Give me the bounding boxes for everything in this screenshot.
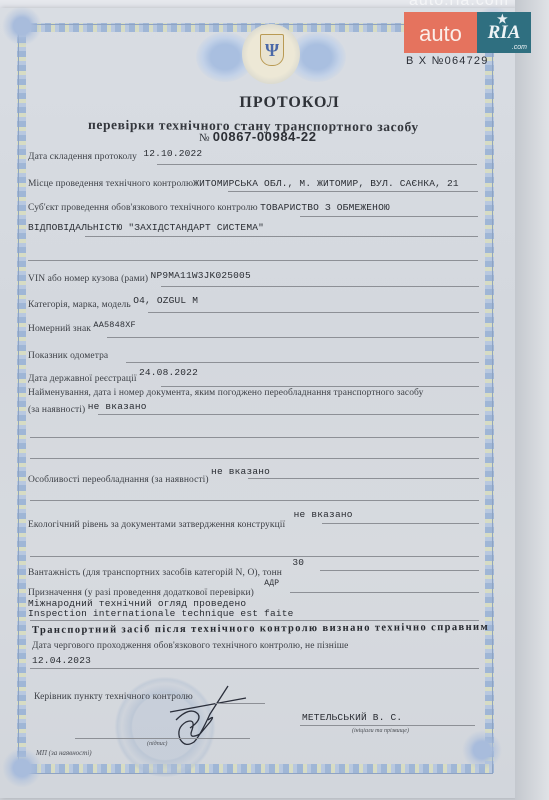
field-value: NP9MA11W3JK025005 bbox=[151, 270, 251, 281]
serial-prefix: В Х bbox=[406, 55, 427, 67]
field-next-inspection-value: 12.04.2023 bbox=[32, 655, 91, 666]
field-label: Показник одометра bbox=[28, 351, 108, 361]
field-value: Inspection internationale technique est … bbox=[28, 608, 294, 619]
underline bbox=[30, 556, 479, 557]
corner-ornament-icon bbox=[2, 6, 42, 46]
field-value: ТОВАРИСТВО З ОБМЕЖЕНОЮ bbox=[260, 202, 390, 213]
name-line bbox=[300, 725, 475, 726]
field-value: 12.04.2023 bbox=[32, 655, 91, 666]
field-label: Особливості переобладнання (за наявності… bbox=[28, 475, 209, 485]
underline bbox=[98, 414, 479, 415]
field-value: 24.08.2022 bbox=[139, 367, 198, 378]
field-protocol-date: Дата складення протоколу 12.10.2022 bbox=[28, 151, 202, 162]
field-modification-document: Найменування, дата і номер документа, як… bbox=[28, 388, 423, 398]
field-label: Екологічний рівень за документами затвер… bbox=[28, 520, 285, 530]
field-head-of-point: Керівник пункту технічного контролю bbox=[34, 692, 193, 702]
field-value: МЕТЕЛЬСЬКИЙ В. С. bbox=[302, 712, 402, 723]
underline bbox=[228, 191, 478, 192]
stamp-caption: МП (за наявності) bbox=[36, 749, 92, 757]
logo-ria-block: ★ RIA .com bbox=[477, 12, 531, 53]
underline bbox=[290, 592, 479, 593]
serial-number: В Х №064729 bbox=[406, 55, 489, 67]
field-label: VIN або номер кузова (рами) bbox=[28, 274, 148, 284]
trident-icon: Ψ bbox=[260, 34, 284, 66]
underline bbox=[30, 458, 479, 459]
underline bbox=[322, 523, 479, 524]
field-label: Суб'єкт проведення обов'язкового технічн… bbox=[28, 203, 258, 213]
autoria-logo: auto ★ RIA .com bbox=[404, 12, 531, 53]
field-value: ВІДПОВІДАЛЬНІСТЮ "ЗАХІДСТАНДАРТ СИСТЕМА" bbox=[28, 222, 264, 233]
field-odometer: Показник одометра bbox=[28, 350, 108, 361]
protocol-number: № 00867-00984-22 bbox=[199, 129, 317, 145]
underline bbox=[300, 216, 478, 217]
field-value: не вказано bbox=[211, 466, 270, 477]
name-caption: (ініціали та прізвище) bbox=[352, 728, 409, 734]
field-inspection-subject: Суб'єкт проведення обов'язкового технічн… bbox=[28, 202, 390, 213]
head-name: МЕТЕЛЬСЬКИЙ В. С. bbox=[302, 712, 402, 723]
underline bbox=[30, 500, 479, 501]
field-label: Вантажність (для транспортних засобів ка… bbox=[28, 568, 282, 578]
serial-number-sign: № bbox=[432, 55, 445, 67]
underline bbox=[148, 312, 479, 313]
field-label: Категорія, марка, модель bbox=[28, 300, 131, 310]
field-label: Дата складення протоколу bbox=[28, 152, 137, 162]
field-label: Призначення (у разі проведення додатково… bbox=[28, 588, 254, 598]
underline bbox=[107, 337, 479, 338]
field-value: 12.10.2022 bbox=[143, 148, 202, 159]
underline bbox=[215, 703, 265, 704]
coat-of-arms: Ψ bbox=[196, 22, 346, 94]
corner-ornament-icon bbox=[462, 730, 502, 770]
underline bbox=[30, 668, 479, 669]
field-registration-date: Дата державної реєстрації 24.08.2022 bbox=[28, 373, 198, 384]
field-next-inspection: Дата чергового проходження обов'язкового… bbox=[32, 641, 348, 651]
field-label: Дата чергового проходження обов'язкового… bbox=[32, 641, 348, 651]
underline bbox=[126, 362, 479, 363]
international-note-fr: Inspection internationale technique est … bbox=[28, 608, 294, 619]
field-value: AA5848XF bbox=[93, 320, 135, 330]
logo-domain-text: .com bbox=[512, 44, 527, 51]
star-icon: ★ bbox=[497, 12, 508, 27]
field-label: Дата державної реєстрації bbox=[28, 374, 137, 384]
field-purpose: Призначення (у разі проведення додатково… bbox=[28, 588, 271, 598]
field-label: Найменування, дата і номер документа, як… bbox=[28, 388, 423, 398]
document-title: ПРОТОКОЛ bbox=[0, 94, 549, 112]
underline bbox=[161, 286, 479, 287]
field-value: ЖИТОМИРСЬКА ОБЛ., М. ЖИТОМИР, ВУЛ. САЄНК… bbox=[193, 178, 459, 189]
underline bbox=[85, 236, 478, 237]
field-value: 30 bbox=[292, 557, 304, 568]
field-label: Керівник пункту технічного контролю bbox=[34, 692, 193, 702]
protocol-number-value: 00867-00984-22 bbox=[213, 129, 317, 144]
field-value: не вказано bbox=[294, 509, 353, 520]
underline bbox=[248, 478, 479, 479]
field-inspection-subject-cont: ВІДПОВІДАЛЬНІСТЮ "ЗАХІДСТАНДАРТ СИСТЕМА" bbox=[28, 222, 264, 233]
logo-auto-text: auto bbox=[404, 12, 477, 53]
field-label: Місце проведення технічного контролю bbox=[28, 179, 193, 189]
number-sign: № bbox=[199, 132, 210, 144]
field-vin: VIN або номер кузова (рами) NP9MA11W3JK0… bbox=[28, 273, 251, 284]
underline bbox=[161, 386, 479, 387]
serial-number-value: 064729 bbox=[445, 55, 489, 67]
underline bbox=[320, 570, 479, 571]
field-value: O4, OZGUL M bbox=[133, 295, 198, 306]
field-category-make-model: Категорія, марка, модель O4, OZGUL M bbox=[28, 299, 198, 310]
field-plate-number: Номерний знак AA5848XF bbox=[28, 324, 136, 334]
underline bbox=[157, 164, 477, 165]
field-label: (за наявності) bbox=[28, 405, 85, 415]
field-value: АДР bbox=[264, 579, 279, 588]
background-edge bbox=[515, 0, 549, 800]
field-modification-features: Особливості переобладнання (за наявності… bbox=[28, 474, 270, 485]
field-value: не вказано bbox=[88, 401, 147, 412]
underline bbox=[30, 437, 479, 438]
field-label: Номерний знак bbox=[28, 324, 91, 334]
field-eco-level: Екологічний рівень за документами затвер… bbox=[28, 519, 347, 530]
underline bbox=[28, 260, 478, 261]
signature-caption: (підпис) bbox=[147, 741, 167, 747]
field-load-capacity: Вантажність (для транспортних засобів ка… bbox=[28, 567, 296, 578]
field-inspection-place: Місце проведення технічного контролюЖИТО… bbox=[28, 178, 459, 189]
signature-line bbox=[75, 738, 250, 739]
underline bbox=[30, 620, 479, 621]
